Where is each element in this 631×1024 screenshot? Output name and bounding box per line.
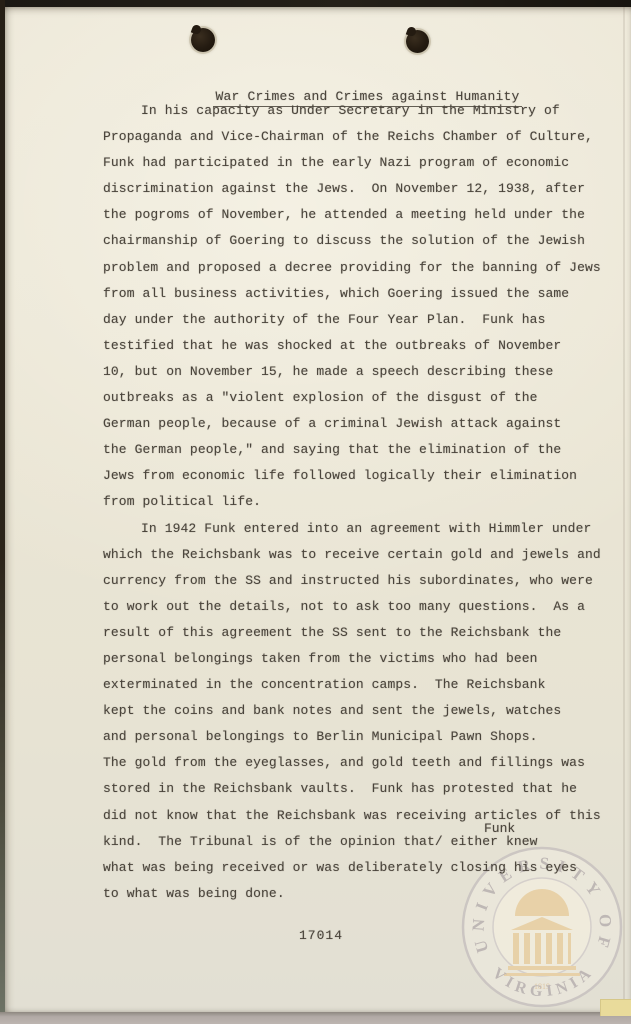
text-line: what was being received or was deliberat… [103, 855, 608, 881]
text-line: stored in the Reichsbank vaults. Funk ha… [103, 776, 608, 802]
text-line: personal belongings taken from the victi… [103, 646, 608, 672]
text-line: In his capacity as Under Secretary in th… [103, 98, 608, 124]
text-line: testified that he was shocked at the out… [103, 333, 608, 359]
text-line: 10, but on November 15, he made a speech… [103, 359, 608, 385]
text-line: to what was being done. [103, 881, 608, 907]
text-line: outbreaks as a "violent explosion of the… [103, 385, 608, 411]
paragraph: In his capacity as Under Secretary in th… [103, 98, 608, 516]
text-line: Jews from economic life followed logical… [103, 463, 608, 489]
page-number: 17014 [103, 928, 539, 943]
text-line: Propaganda and Vice-Chairman of the Reic… [103, 124, 608, 150]
scanned-document-page: 1819 UNIVERSITY OF VIRGINIA War Crimes a… [0, 0, 631, 1024]
scanner-edge-left [0, 0, 5, 1012]
text-line: currency from the SS and instructed his … [103, 568, 608, 594]
text-line: chairmanship of Goering to discuss the s… [103, 228, 608, 254]
text-line: kind. The Tribunal is of the opinion tha… [103, 829, 608, 855]
text-line: In 1942 Funk entered into an agreement w… [103, 516, 608, 542]
text-line: to work out the details, not to ask too … [103, 594, 608, 620]
document-body: In his capacity as Under Secretary in th… [103, 98, 608, 907]
interlinear-insertion: Funk [484, 822, 515, 835]
scanner-edge-bottom [0, 1012, 631, 1024]
text-line: did not know that the Reichsbank was rec… [103, 803, 608, 829]
text-line: Funk had participated in the early Nazi … [103, 150, 608, 176]
paragraph: In 1942 Funk entered into an agreement w… [103, 516, 608, 907]
text-line: from political life. [103, 489, 608, 515]
text-line: kept the coins and bank notes and sent t… [103, 698, 608, 724]
text-line: result of this agreement the SS sent to … [103, 620, 608, 646]
text-line: and personal belongings to Berlin Munici… [103, 724, 608, 750]
punch-hole-left [191, 28, 215, 52]
text-line: discrimination against the Jews. On Nove… [103, 176, 608, 202]
underlying-page-corner [600, 999, 631, 1016]
text-line: problem and proposed a decree providing … [103, 255, 608, 281]
scanner-edge-top [0, 0, 631, 7]
text-line: the pogroms of November, he attended a m… [103, 202, 608, 228]
text-line: day under the authority of the Four Year… [103, 307, 608, 333]
text-line: which the Reichsbank was to receive cert… [103, 542, 608, 568]
text-line: exterminated in the concentration camps.… [103, 672, 608, 698]
text-line: from all business activities, which Goer… [103, 281, 608, 307]
text-line: the German people," and saying that the … [103, 437, 608, 463]
text-line: The gold from the eyeglasses, and gold t… [103, 750, 608, 776]
punch-hole-right [406, 30, 429, 53]
paper-crease [623, 7, 625, 1012]
text-line: German people, because of a criminal Jew… [103, 411, 608, 437]
